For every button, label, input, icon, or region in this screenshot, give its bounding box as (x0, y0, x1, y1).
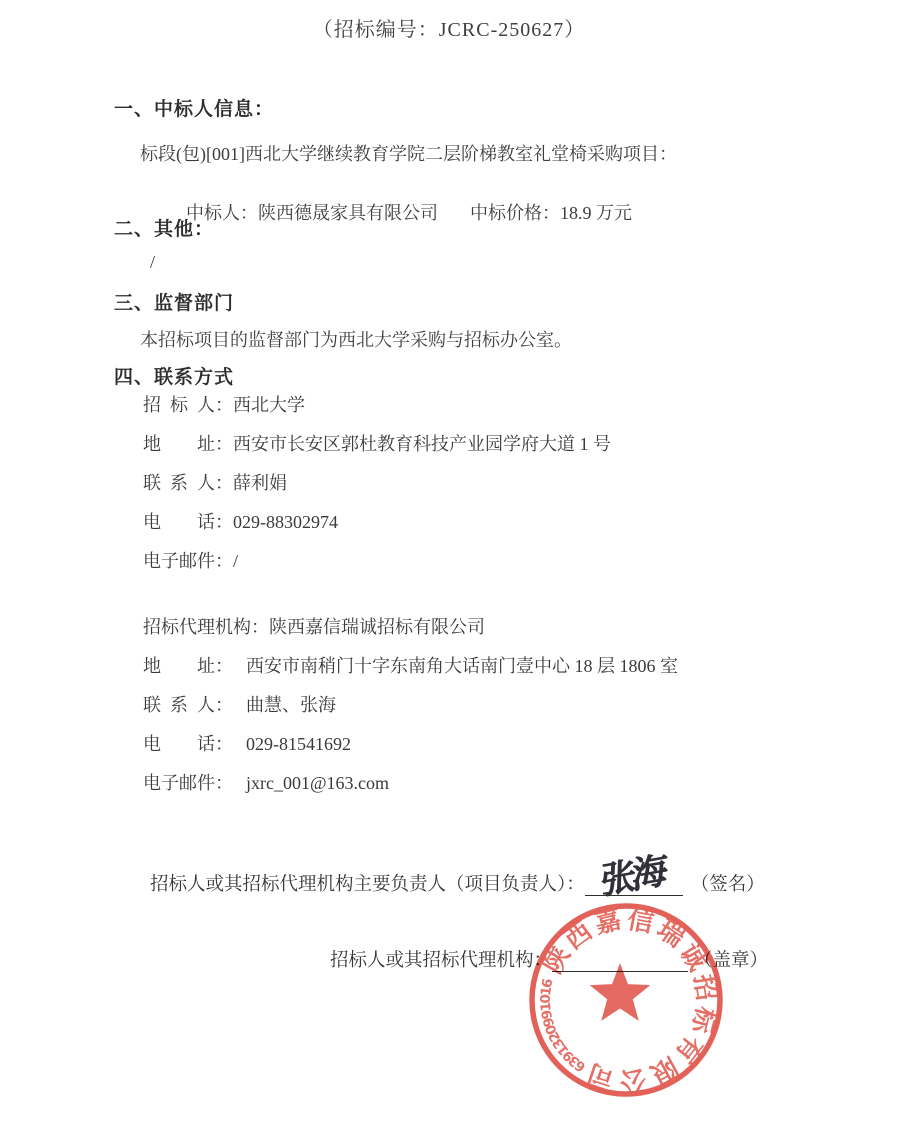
section3-heading: 三、监督部门 (114, 288, 234, 315)
document-page: （招标编号：JCRC-250627） 一、中标人信息： 标段(包)[001]西北… (0, 0, 898, 1148)
tenderer-address-line: 地 址：西安市长安区郭杜教育科技产业园学府大道 1 号 (143, 433, 611, 455)
tenderer-address-label: 地 址： (143, 434, 233, 454)
agency-address-label: 地 址： (143, 656, 233, 676)
svg-text:嘉: 嘉 (592, 905, 624, 939)
agency-email-label: 电子邮件： (143, 773, 233, 793)
svg-text:限: 限 (646, 1051, 683, 1089)
leader-sign-label: 招标人或其招标代理机构主要负责人（项目负责人）： (150, 870, 585, 896)
agency-contact-block: 招标代理机构：陕西嘉信瑞诚招标有限公司 地 址：西安市南稍门十字东南角大话南门壹… (143, 616, 678, 811)
winner-value: 陕西德晟家具有限公司 (258, 203, 438, 223)
section1-winner-row: 中标人：陕西德晟家具有限公司中标价格：18.9 万元 (168, 178, 632, 246)
svg-text:招: 招 (689, 972, 723, 1002)
section1-lot-line: 标段(包)[001]西北大学继续教育学院二层阶梯教室礼堂椅采购项目： (140, 140, 677, 166)
company-seal-svg: 陕西嘉信瑞诚招标有限公司6101990231936 (518, 898, 738, 1108)
tenderer-phone-label: 电 话： (143, 512, 233, 532)
agency-email-line: 电子邮件：jxrc_001@163.com (143, 772, 678, 794)
leader-sign-suffix: （签名） (683, 870, 765, 896)
agency-name-value: 陕西嘉信瑞诚招标有限公司 (269, 617, 485, 637)
tenderer-address-value: 西安市长安区郭杜教育科技产业园学府大道 1 号 (233, 434, 611, 454)
agency-address-line: 地 址：西安市南稍门十字东南角大话南门壹中心 18 层 1806 室 (143, 655, 678, 677)
tenderer-contact-value: 薛利娟 (233, 473, 287, 493)
agency-contact-label: 联 系 人： (143, 695, 233, 715)
agency-address-value: 西安市南稍门十字东南角大话南门壹中心 18 层 1806 室 (233, 656, 678, 676)
tenderer-phone-line: 电 话：029-88302974 (143, 511, 611, 533)
leader-sign-row: 招标人或其招标代理机构主要负责人（项目负责人）：（签名） (150, 870, 765, 896)
svg-text:标: 标 (686, 1004, 721, 1037)
tenderer-email-label: 电子邮件： (143, 551, 233, 571)
agency-phone-line: 电 话：029-81541692 (143, 733, 678, 755)
agency-contact-line: 联 系 人：曲慧、张海 (143, 694, 678, 716)
section2-content: / (150, 252, 155, 273)
section2-heading: 二、其他： (114, 214, 214, 241)
company-seal-stamp: 陕西嘉信瑞诚招标有限公司6101990231936 (518, 898, 738, 1108)
agency-contact-value: 曲慧、张海 (233, 695, 336, 715)
tenderer-phone-value: 029-88302974 (233, 512, 338, 532)
tenderer-contact-block: 招 标 人：西北大学 地 址：西安市长安区郭杜教育科技产业园学府大道 1 号 联… (143, 394, 611, 589)
agency-name-line: 招标代理机构：陕西嘉信瑞诚招标有限公司 (143, 616, 678, 638)
tenderer-contact-line: 联 系 人：薛利娟 (143, 472, 611, 494)
tenderer-name-value: 西北大学 (233, 395, 305, 415)
tenderer-contact-label: 联 系 人： (143, 473, 233, 493)
tender-number-line: （招标编号：JCRC-250627） (0, 13, 898, 42)
agency-name-label: 招标代理机构： (143, 617, 269, 637)
section3-content: 本招标项目的监督部门为西北大学采购与招标办公室。 (140, 326, 572, 352)
tenderer-email-value: / (233, 551, 238, 571)
price-value: 18.9 万元 (560, 203, 632, 223)
svg-text:公: 公 (619, 1064, 647, 1095)
section4-heading: 四、联系方式 (114, 362, 234, 389)
tenderer-name-label: 招 标 人： (143, 395, 233, 415)
svg-text:信: 信 (625, 904, 656, 938)
agency-phone-value: 029-81541692 (233, 734, 351, 754)
section1-heading: 一、中标人信息： (114, 94, 274, 121)
price-label: 中标价格： (470, 203, 560, 223)
agency-phone-label: 电 话： (143, 734, 233, 754)
tenderer-name-line: 招 标 人：西北大学 (143, 394, 611, 416)
tenderer-email-line: 电子邮件：/ (143, 550, 611, 572)
agency-email-value: jxrc_001@163.com (233, 773, 389, 793)
svg-text:西: 西 (559, 916, 597, 955)
svg-text:诚: 诚 (674, 938, 712, 976)
